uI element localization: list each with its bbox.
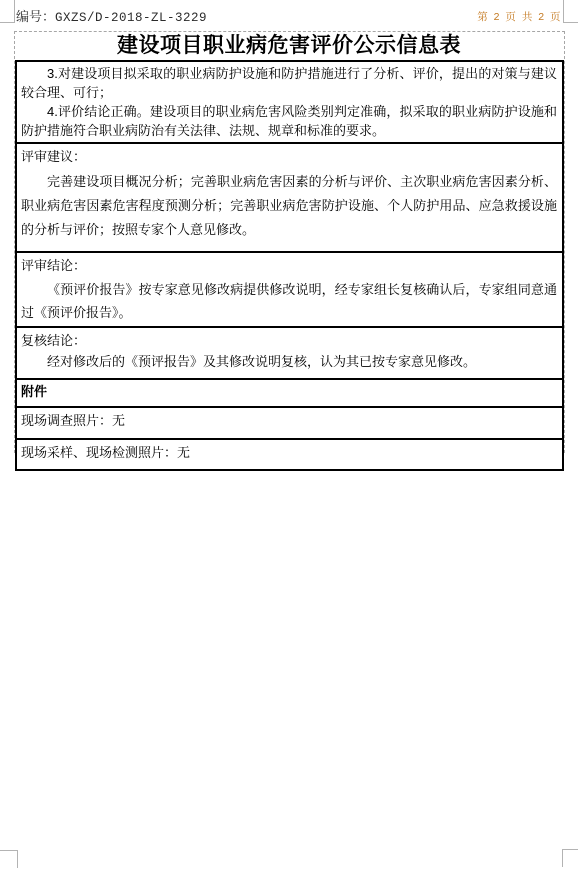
page-indicator: 第 2 页 共 2 页 xyxy=(477,9,562,24)
conclusion-item-3: 3.对建设项目拟采取的职业病防护设施和防护措施进行了分析、评价，提出的对策与建议… xyxy=(21,64,557,102)
table-row: 附件 xyxy=(16,379,563,407)
crop-mark-top-left-h xyxy=(0,22,15,23)
crop-mark-bottom-left-v xyxy=(17,850,18,868)
cell-expert-conclusion: 3.对建设项目拟采取的职业病防护设施和防护措施进行了分析、评价，提出的对策与建议… xyxy=(16,61,563,143)
cell-review-conclusion: 评审结论： 《预评价报告》按专家意见修改病提供修改说明，经专家组长复核确认后，专… xyxy=(16,252,563,327)
table-row: 现场调查照片：无 xyxy=(16,407,563,439)
review-suggestions-text: 完善建设项目概况分析；完善职业病危害因素的分析与评价、主次职业病危害因素分析、职… xyxy=(21,170,557,242)
crop-mark-bottom-left-h xyxy=(0,850,17,851)
table-row: 评审结论： 《预评价报告》按专家意见修改病提供修改说明，经专家组长复核确认后，专… xyxy=(16,252,563,327)
info-table: 3.对建设项目拟采取的职业病防护设施和防护措施进行了分析、评价，提出的对策与建议… xyxy=(15,60,564,471)
table-row: 现场采样、现场检测照片：无 xyxy=(16,439,563,470)
review-suggestions-label: 评审建议： xyxy=(21,146,557,168)
cell-site-sampling-photos: 现场采样、现场检测照片：无 xyxy=(16,439,563,470)
crop-mark-top-left-v xyxy=(14,0,15,22)
cell-recheck-conclusion: 复核结论： 经对修改后的《预评报告》及其修改说明复核，认为其已按专家意见修改。 xyxy=(16,327,563,379)
doc-number: 编号：GXZS/D-2018-ZL-3229 xyxy=(16,6,207,25)
table-row: 评审建议： 完善建设项目概况分析；完善职业病危害因素的分析与评价、主次职业病危害… xyxy=(16,143,563,252)
crop-mark-bottom-right-h xyxy=(562,849,578,850)
recheck-conclusion-text: 经对修改后的《预评报告》及其修改说明复核，认为其已按专家意见修改。 xyxy=(21,351,557,373)
conclusion-item-4: 4.评价结论正确。建设项目的职业病危害风险类别判定准确，拟采取的职业病防护设施和… xyxy=(21,102,557,140)
crop-mark-top-right-v xyxy=(563,0,564,22)
crop-mark-bottom-right-v xyxy=(562,849,563,867)
doc-number-value: GXZS/D-2018-ZL-3229 xyxy=(55,11,207,25)
table-row: 复核结论： 经对修改后的《预评报告》及其修改说明复核，认为其已按专家意见修改。 xyxy=(16,327,563,379)
review-conclusion-label: 评审结论： xyxy=(21,255,557,276)
cell-attachments-header: 附件 xyxy=(16,379,563,407)
crop-mark-top-right-h xyxy=(563,22,578,23)
page-title: 建设项目职业病危害评价公示信息表 xyxy=(14,32,564,59)
cell-site-survey-photos: 现场调查照片：无 xyxy=(16,407,563,439)
review-conclusion-text: 《预评价报告》按专家意见修改病提供修改说明，经专家组长复核确认后，专家组同意通过… xyxy=(21,278,557,324)
doc-number-label: 编号： xyxy=(16,9,55,24)
recheck-conclusion-label: 复核结论： xyxy=(21,330,557,351)
cell-review-suggestions: 评审建议： 完善建设项目概况分析；完善职业病危害因素的分析与评价、主次职业病危害… xyxy=(16,143,563,252)
table-row: 3.对建设项目拟采取的职业病防护设施和防护措施进行了分析、评价，提出的对策与建议… xyxy=(16,61,563,143)
document-page: 编号：GXZS/D-2018-ZL-3229 第 2 页 共 2 页 建设项目职… xyxy=(0,0,578,881)
